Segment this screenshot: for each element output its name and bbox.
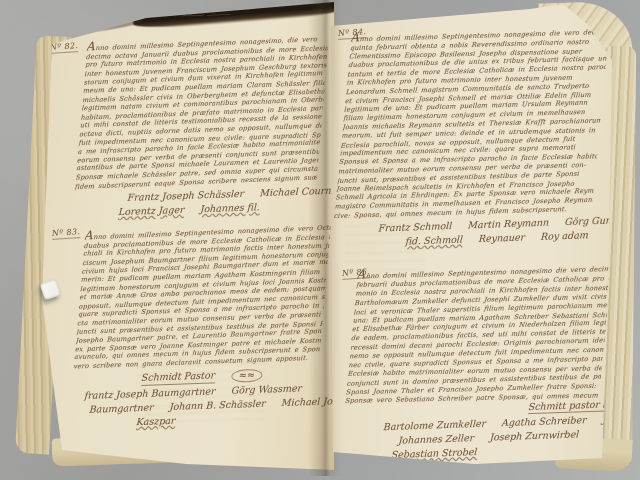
book-dark-top-edge-left	[133, 0, 334, 31]
book-dark-top-edge-right	[337, 0, 563, 16]
signature: Baumgartner	[89, 402, 154, 415]
signature: Roy adam	[541, 230, 589, 243]
signature: Sebastian Strobel	[391, 447, 477, 461]
book-gutter-shadow	[308, 0, 342, 476]
signature: Johannes Zeller	[398, 433, 474, 447]
signature: Joseph Zurnwirbel	[490, 429, 580, 443]
signature: Frantz Joseph Schässler	[127, 189, 244, 204]
register-entry-84: Nº 84. Anno domini millesimo Septingente…	[325, 20, 620, 252]
signature: Görg Wassmer	[231, 383, 302, 396]
signature: Schmidt Pastor	[141, 370, 215, 386]
entry-body-text: Anno domini millesimo Septingentesimo no…	[75, 27, 330, 191]
signature: ≈≈	[230, 368, 263, 382]
register-entry-82: Nº 82. Anno domini millesimo Septingente…	[36, 36, 334, 222]
register-entry-85: Nº 85. Anno domini millesimo Septingente…	[325, 260, 620, 465]
signature: Kaszpar	[136, 415, 176, 427]
entry-signatures: Schmitt pastor lociBartolome ZumkellerAg…	[357, 399, 620, 462]
right-page: ⁓— Nº 84. Anno domini millesimo Septinge…	[325, 0, 620, 478]
page-top-flourish-left: ⁓—	[179, 9, 234, 22]
entry-body-text: Anno domini millesimo Septingentesimo no…	[73, 215, 331, 371]
signature: Frantz Schmoll	[378, 221, 452, 235]
entry-body-text: Anno domini millesimo Septingentesimo no…	[334, 13, 611, 220]
book-dark-edge-smudge	[70, 18, 144, 36]
signature: Johannes fil.	[200, 202, 260, 215]
signature: Martin Reymann	[468, 217, 550, 231]
left-page: ⁓— Nº 82. Anno domini millesimo Septinge…	[36, 0, 334, 474]
signature: fid. Schmoll	[405, 234, 463, 247]
photo-backdrop: ⁓— Nº 82. Anno domini millesimo Septinge…	[0, 0, 640, 480]
signature: Johann B. Schässler	[169, 398, 266, 412]
signature: Agatha Schreiber	[502, 415, 587, 429]
signature: Bartolome Zumkeller	[383, 418, 486, 433]
entry-signatures: Frantz SchmollMartin ReymannGörg Gumbing…	[363, 215, 620, 249]
entry-number: Nº 83.	[52, 227, 81, 240]
signature: Reynauer	[478, 232, 525, 245]
register-entry-83: Nº 83. Anno domini millesimo Septingente…	[36, 224, 334, 433]
entry-signatures: Schmidt Pastor≈≈frantz Joseph Baumgartne…	[78, 366, 334, 430]
entry-body-text: Anno domini millesimo Septingentesimo no…	[345, 253, 613, 406]
entry-signatures: Frantz Joseph SchässlerMichael Cournmoor…	[92, 186, 334, 219]
signature: frantz Joseph Baumgartner	[84, 386, 216, 402]
signature: Lorentz Jager	[118, 205, 185, 218]
